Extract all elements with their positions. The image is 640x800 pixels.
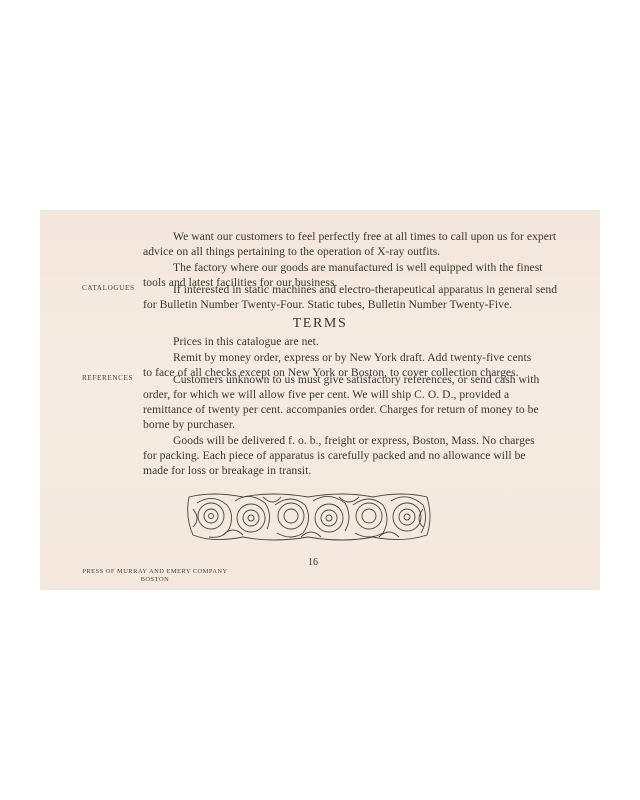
text-line: remittance of twenty per cent. accompani… [143, 403, 539, 416]
section-heading: TERMS [40, 316, 600, 332]
text-line: If interested in static machines and ele… [173, 283, 557, 296]
margin-label-references: REFERENCES [82, 374, 133, 382]
text-line: for packing. Each piece of apparatus is … [143, 449, 526, 462]
text-line: The factory where our goods are manufact… [173, 261, 543, 274]
text-line: for Bulletin Number Twenty-Four. Static … [143, 298, 512, 311]
text-line: We want our customers to feel perfectly … [173, 230, 556, 243]
press-line: PRESS OF MURRAY AND EMERY COMPANY [80, 568, 230, 576]
text-line: made for loss or breakage in transit. [143, 464, 311, 477]
text-line: Remit by money order, express or by New … [173, 351, 531, 364]
press-city: BOSTON [80, 576, 230, 584]
printer-imprint: PRESS OF MURRAY AND EMERY COMPANY BOSTON [80, 568, 230, 584]
text-line: borne by purchaser. [143, 418, 235, 431]
text-line: Customers unknown to us must give satisf… [173, 373, 539, 386]
page-number: 16 [308, 557, 318, 568]
text-line: order, for which we will allow five per … [143, 388, 509, 401]
floral-scroll-ornament-icon [183, 489, 433, 545]
text-line: Goods will be delivered f. o. b., freigh… [173, 434, 535, 447]
margin-label-catalogues: CATALOGUES [82, 284, 135, 292]
text-line: Prices in this catalogue are net. [173, 335, 319, 348]
text-line: advice on all things pertaining to the o… [143, 245, 440, 258]
catalogue-page: We want our customers to feel perfectly … [40, 210, 600, 590]
